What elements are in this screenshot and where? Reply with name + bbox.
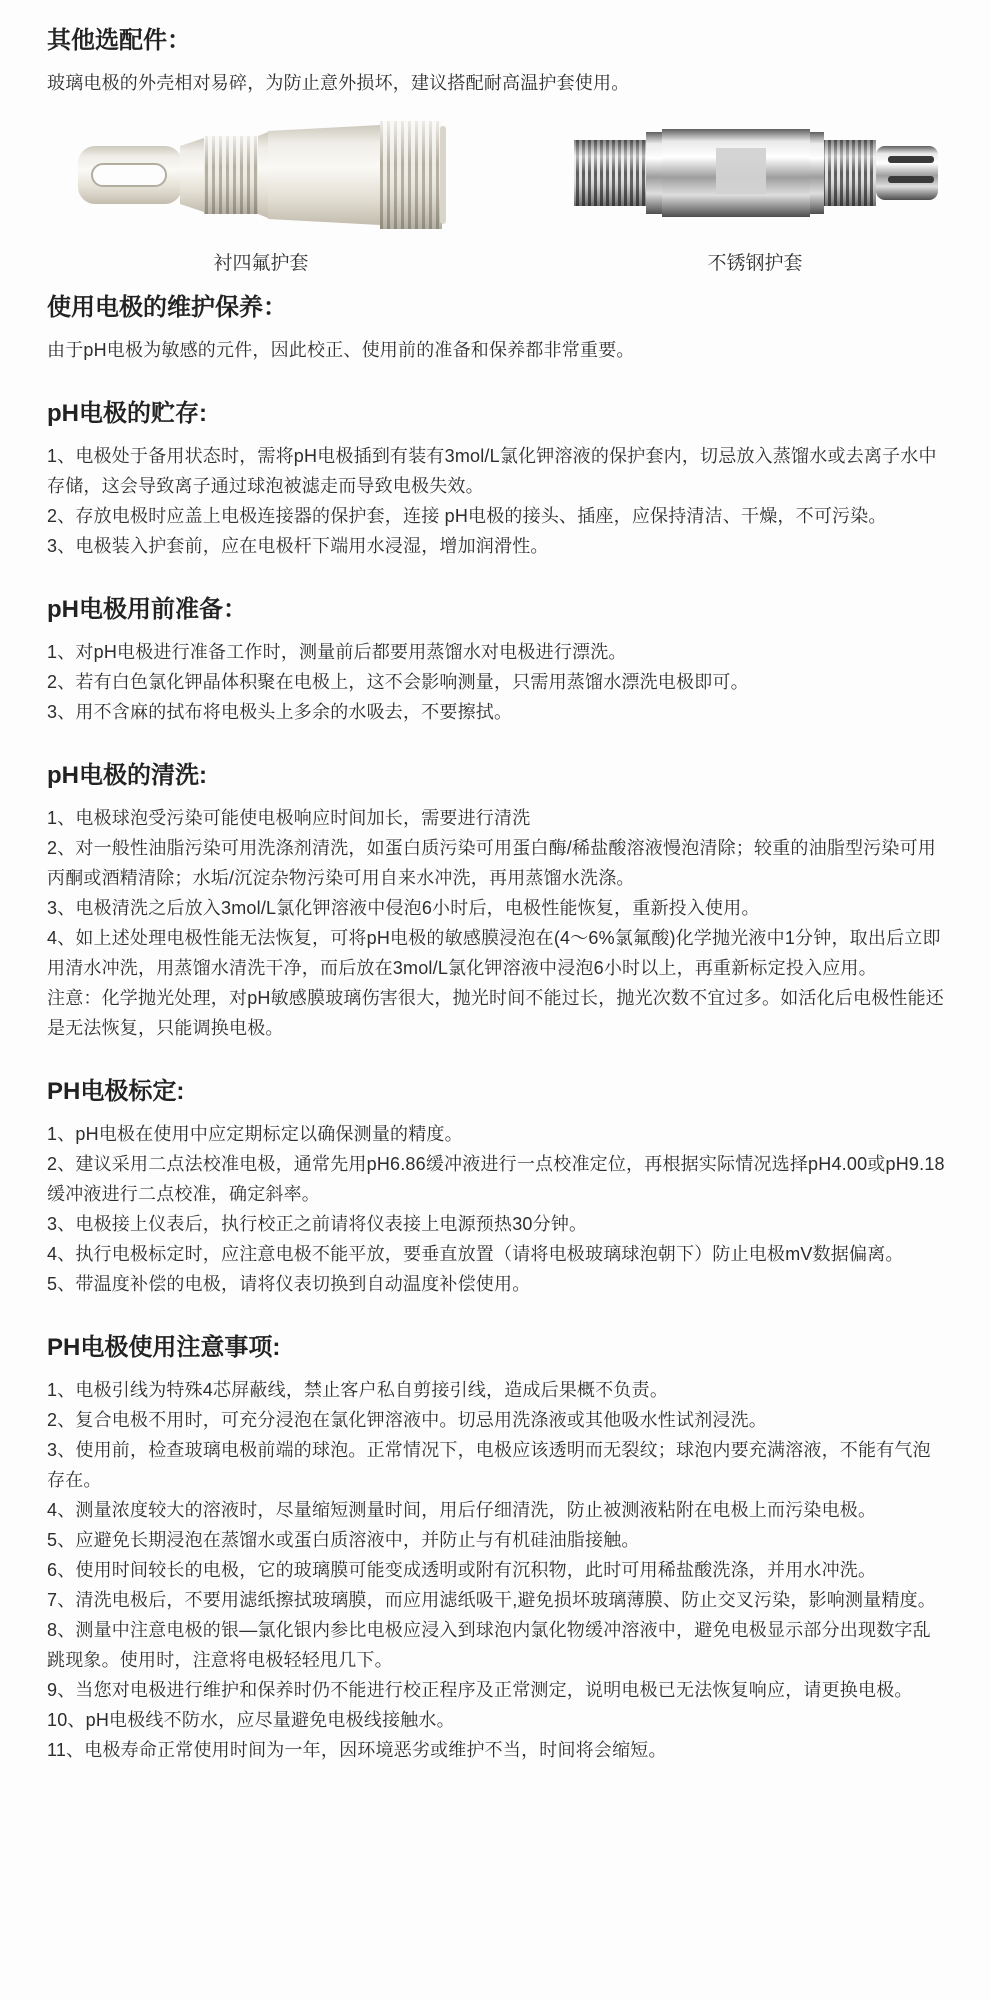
precaution-item-1: 1、电极引线为特殊4芯屏蔽线，禁止客户私自剪接引线，造成后果概不负责。 bbox=[47, 1375, 946, 1405]
cleaning-item-2: 2、对一般性油脂污染可用洗涤剂清洗，如蛋白质污染可用蛋白酶/稀盐酸溶液慢泡清除；… bbox=[47, 833, 946, 893]
cleaning-note: 注意：化学抛光处理，对pH敏感膜玻璃伤害很大，抛光时间不能过长，抛光次数不宜过多… bbox=[47, 983, 946, 1043]
cleaning-item-4: 4、如上述处理电极性能无法恢复，可将pH电极的敏感膜浸泡在(4～6%氯氟酸)化学… bbox=[47, 923, 946, 983]
steel-sleeve-caption: 不锈钢护套 bbox=[566, 251, 944, 277]
ptfe-sleeve-figure: 衬四氟护套 bbox=[61, 104, 461, 277]
storage-item-3: 3、电极装入护套前，应在电极杆下端用水浸湿，增加润滑性。 bbox=[47, 531, 946, 561]
section-precautions: PH电极使用注意事项: 1、电极引线为特殊4芯屏蔽线，禁止客户私自剪接引线，造成… bbox=[47, 1331, 946, 1765]
steel-sleeve-image bbox=[570, 104, 940, 239]
precaution-item-7: 7、清洗电极后，不要用滤纸擦拭玻璃膜，而应用滤纸吸干,避免损坏玻璃薄膜、防止交叉… bbox=[47, 1585, 946, 1615]
precaution-item-3: 3、使用前，检查玻璃电极前端的球泡。正常情况下，电极应该透明而无裂纹；球泡内要充… bbox=[47, 1435, 946, 1495]
heading-preparation: pH电极用前准备： bbox=[47, 593, 946, 627]
heading-other-accessories: 其他选配件： bbox=[47, 24, 946, 58]
storage-item-2: 2、存放电极时应盖上电极连接器的保护套，连接 pH电极的接头、插座，应保持清洁、… bbox=[47, 501, 946, 531]
section-preparation: pH电极用前准备： 1、对pH电极进行准备工作时，测量前后都要用蒸馏水对电极进行… bbox=[47, 593, 946, 727]
calibration-item-3: 3、电极接上仪表后，执行校正之前请将仪表接上电源预热30分钟。 bbox=[47, 1209, 946, 1239]
maintenance-paragraph: 由于pH电极为敏感的元件，因此校正、使用前的准备和保养都非常重要。 bbox=[47, 335, 946, 365]
ptfe-sleeve-caption: 衬四氟护套 bbox=[61, 251, 461, 277]
document-page: 其他选配件： 玻璃电极的外壳相对易碎，为防止意外损坏，建议搭配耐高温护套使用。 bbox=[0, 0, 990, 2000]
precaution-item-2: 2、复合电极不用时，可充分浸泡在氯化钾溶液中。切忌用洗涤液或其他吸水性试剂浸洗。 bbox=[47, 1405, 946, 1435]
preparation-item-1: 1、对pH电极进行准备工作时，测量前后都要用蒸馏水对电极进行漂洗。 bbox=[47, 637, 946, 667]
calibration-item-2: 2、建议采用二点法校准电极，通常先用pH6.86缓冲液进行一点校准定位，再根据实… bbox=[47, 1149, 946, 1209]
precaution-item-8: 8、测量中注意电极的银—氯化银内参比电极应浸入到球泡内氯化物缓冲溶液中，避免电极… bbox=[47, 1615, 946, 1675]
storage-item-1: 1、电极处于备用状态时，需将pH电极插到有装有3mol/L氯化钾溶液的保护套内，… bbox=[47, 441, 946, 501]
heading-cleaning: pH电极的清洗: bbox=[47, 759, 946, 793]
preparation-item-3: 3、用不含麻的拭布将电极头上多余的水吸去，不要擦拭。 bbox=[47, 697, 946, 727]
calibration-item-1: 1、pH电极在使用中应定期标定以确保测量的精度。 bbox=[47, 1119, 946, 1149]
precaution-item-4: 4、测量浓度较大的溶液时，尽量缩短测量时间，用后仔细清洗，防止被测液粘附在电极上… bbox=[47, 1495, 946, 1525]
precaution-item-5: 5、应避免长期浸泡在蒸馏水或蛋白质溶液中，并防止与有机硅油脂接触。 bbox=[47, 1525, 946, 1555]
heading-calibration: PH电极标定: bbox=[47, 1075, 946, 1109]
heading-precautions: PH电极使用注意事项: bbox=[47, 1331, 946, 1365]
precaution-item-9: 9、当您对电极进行维护和保养时仍不能进行校正程序及正常测定，说明电极已无法恢复响… bbox=[47, 1675, 946, 1705]
ptfe-sleeve-image bbox=[72, 104, 450, 239]
heading-maintenance: 使用电极的维护保养： bbox=[47, 291, 946, 325]
preparation-item-2: 2、若有白色氯化钾晶体积聚在电极上，这不会影响测量，只需用蒸馏水漂洗电极即可。 bbox=[47, 667, 946, 697]
precaution-item-10: 10、pH电极线不防水，应尽量避免电极线接触水。 bbox=[47, 1705, 946, 1735]
precaution-item-11: 11、电极寿命正常使用时间为一年，因环境恶劣或维护不当，时间将会缩短。 bbox=[47, 1735, 946, 1765]
section-calibration: PH电极标定: 1、pH电极在使用中应定期标定以确保测量的精度。 2、建议采用二… bbox=[47, 1075, 946, 1299]
accessory-images-row: 衬四氟护套 bbox=[61, 104, 946, 277]
heading-storage: pH电极的贮存: bbox=[47, 397, 946, 431]
cleaning-item-3: 3、电极清洗之后放入3mol/L氯化钾溶液中侵泡6小时后，电极性能恢复，重新投入… bbox=[47, 893, 946, 923]
intro-paragraph: 玻璃电极的外壳相对易碎，为防止意外损坏，建议搭配耐高温护套使用。 bbox=[47, 68, 946, 98]
section-cleaning: pH电极的清洗: 1、电极球泡受污染可能使电极响应时间加长，需要进行清洗 2、对… bbox=[47, 759, 946, 1043]
section-storage: pH电极的贮存: 1、电极处于备用状态时，需将pH电极插到有装有3mol/L氯化… bbox=[47, 397, 946, 561]
precaution-item-6: 6、使用时间较长的电极，它的玻璃膜可能变成透明或附有沉积物，此时可用稀盐酸洗涤，… bbox=[47, 1555, 946, 1585]
cleaning-item-1: 1、电极球泡受污染可能使电极响应时间加长，需要进行清洗 bbox=[47, 803, 946, 833]
calibration-item-5: 5、带温度补偿的电极，请将仪表切换到自动温度补偿使用。 bbox=[47, 1269, 946, 1299]
calibration-item-4: 4、执行电极标定时，应注意电极不能平放，要垂直放置（请将电极玻璃球泡朝下）防止电… bbox=[47, 1239, 946, 1269]
steel-sleeve-figure: 不锈钢护套 bbox=[566, 104, 944, 277]
